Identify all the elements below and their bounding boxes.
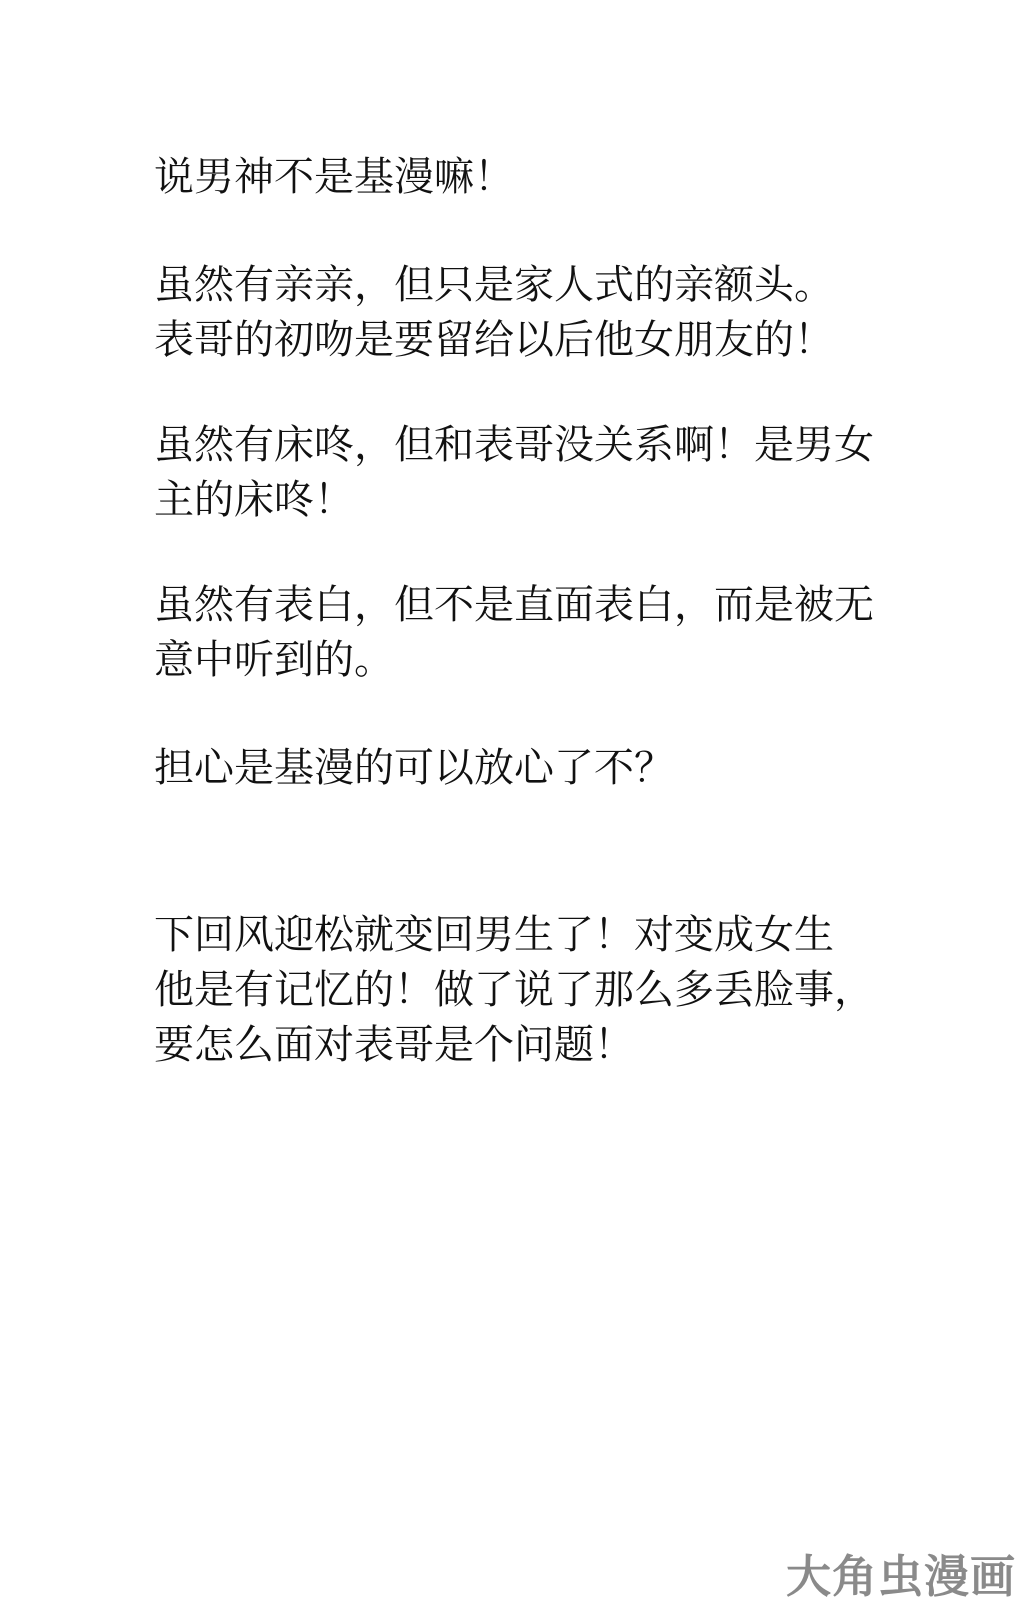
paragraph-2: 虽然有亲亲，但只是家人式的亲额头。 表哥的初吻是要留给以后他女朋友的！ (154, 258, 834, 368)
text-line: 说男神不是基漫嘛！ (154, 150, 514, 205)
dajiaochong-manhua-logo: 大角虫漫画 (786, 1540, 1016, 1600)
paragraph-3: 虽然有床咚，但和表哥没关系啊！是男女 主的床咚！ (154, 418, 874, 528)
paragraph-1: 说男神不是基漫嘛！ (154, 150, 514, 205)
comic-text-page: 说男神不是基漫嘛！ 虽然有亲亲，但只是家人式的亲额头。 表哥的初吻是要留给以后他… (0, 0, 1024, 1600)
text-line: 虽然有亲亲，但只是家人式的亲额头。 (154, 258, 834, 313)
text-line: 意中听到的。 (154, 633, 874, 688)
text-line: 他是有记忆的！做了说了那么多丢脸事， (154, 963, 874, 1018)
text-line: 虽然有表白，但不是直面表白，而是被无 (154, 578, 874, 633)
text-line: 担心是基漫的可以放心了不？ (154, 741, 674, 796)
text-line: 表哥的初吻是要留给以后他女朋友的！ (154, 313, 834, 368)
text-line: 要怎么面对表哥是个问题！ (154, 1018, 874, 1073)
paragraph-4: 虽然有表白，但不是直面表白，而是被无 意中听到的。 (154, 578, 874, 688)
text-line: 主的床咚！ (154, 473, 874, 528)
paragraph-6: 下回风迎松就变回男生了！对变成女生 他是有记忆的！做了说了那么多丢脸事， 要怎么… (154, 908, 874, 1073)
paragraph-5: 担心是基漫的可以放心了不？ (154, 741, 674, 796)
text-line: 下回风迎松就变回男生了！对变成女生 (154, 908, 874, 963)
text-line: 虽然有床咚，但和表哥没关系啊！是男女 (154, 418, 874, 473)
